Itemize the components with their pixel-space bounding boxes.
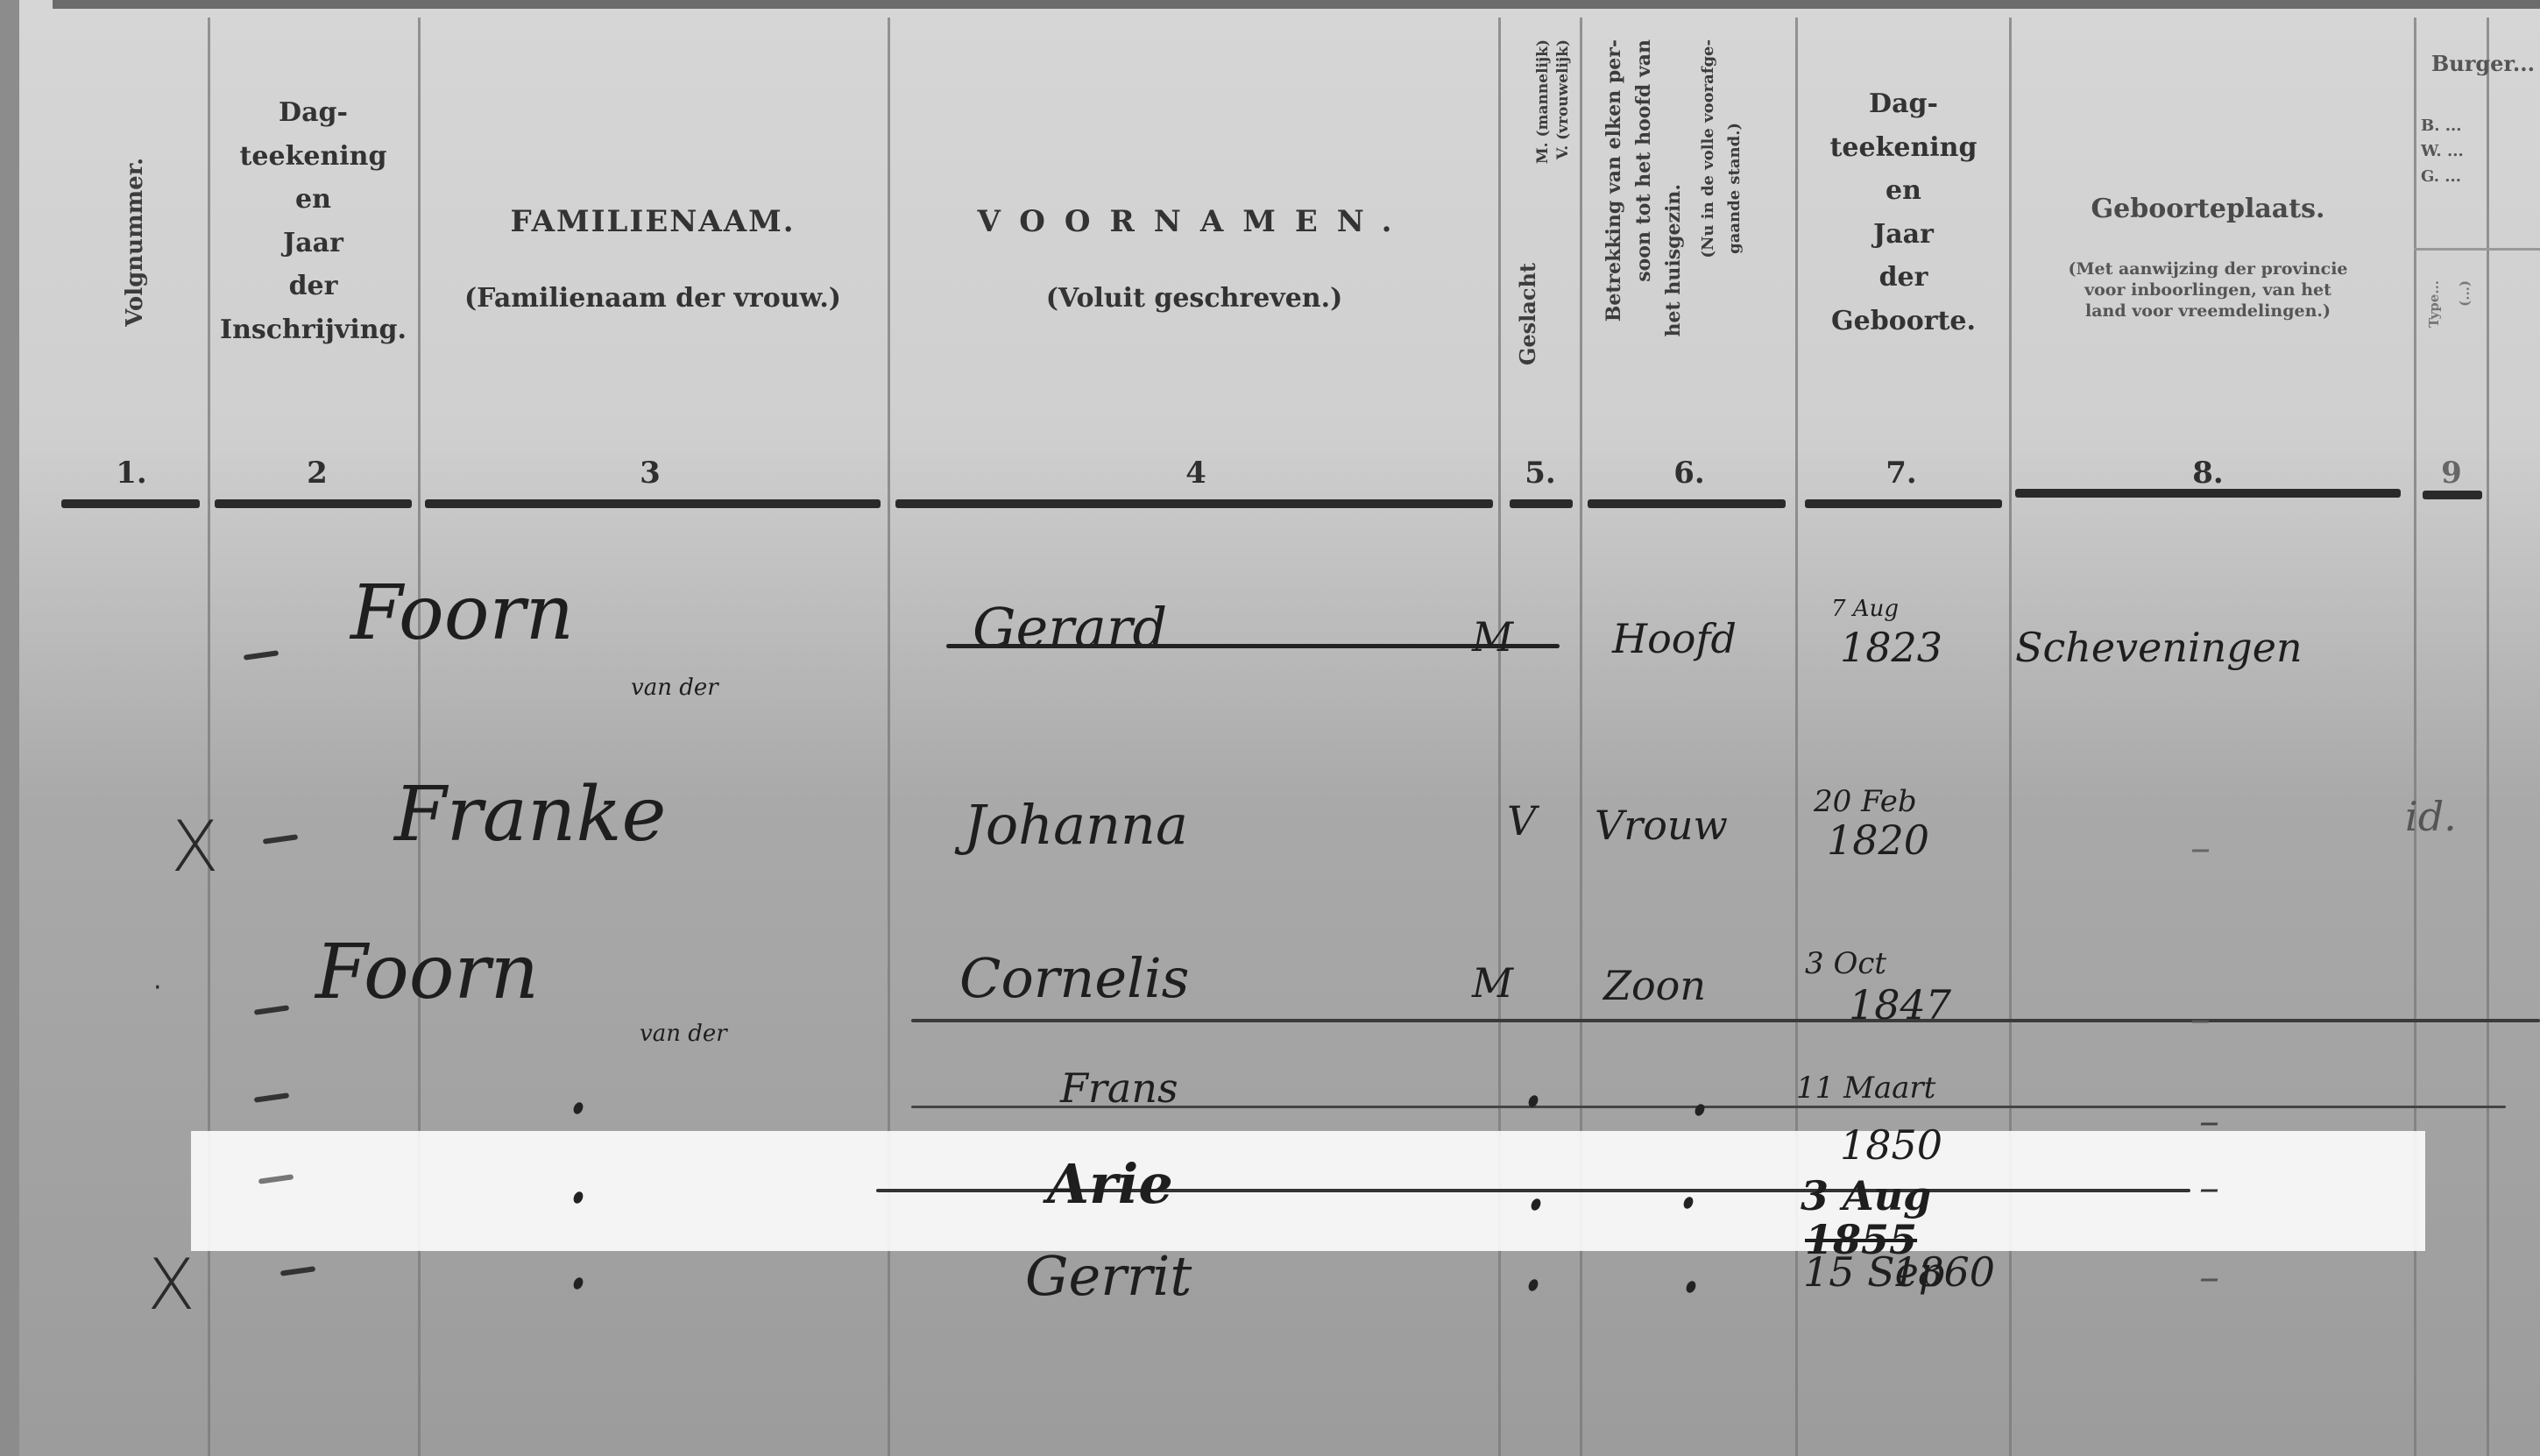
ditto-mark	[572, 1276, 585, 1291]
col5-sub-m: M. (mannelijk)	[1535, 39, 1553, 164]
birth-year: 1850	[1840, 1121, 1942, 1169]
col7-title: Dag- teekening en Jaar der Geboorte.	[1805, 88, 2002, 337]
col5-sub-v: V. (vrouwelijk)	[1555, 39, 1573, 159]
header-rule	[425, 499, 881, 508]
birth-date: 3 Oct	[1805, 946, 1886, 981]
strike-through	[946, 644, 1560, 648]
header-rule	[1805, 499, 2002, 508]
sex: M	[1472, 613, 1513, 661]
col9-vertical-1: Type...	[2427, 280, 2442, 328]
sex: M	[1472, 959, 1513, 1007]
col9-vertical-2: (...)	[2458, 280, 2473, 307]
birth-date: 7 Aug	[1831, 596, 1899, 622]
header-rule	[2423, 491, 2482, 499]
birthplace: Scheveningen	[2015, 624, 2303, 671]
col6-number: 6.	[1663, 456, 1716, 491]
col7-number: 7.	[1875, 456, 1928, 491]
margin-dot: ·	[153, 972, 162, 1003]
given-names: Gerard	[973, 596, 1167, 660]
col2-dash	[280, 1266, 315, 1276]
margin-x-mark: X	[171, 806, 219, 887]
page-edge	[0, 0, 19, 1456]
birthplace: –	[2199, 1097, 2219, 1144]
birth-year: 1860	[1893, 1248, 1995, 1296]
col2-title: Dag- teekening en Jaar der Inschrijving.	[215, 96, 412, 346]
header-rule	[1588, 499, 1786, 508]
col8-title: Geboorteplaats.	[2015, 193, 2401, 226]
header-rule	[215, 499, 412, 508]
col2-dash	[263, 834, 298, 845]
col4-title: VOORNAMEN.	[895, 203, 1493, 241]
top-rule	[53, 0, 2540, 9]
col2-number: 2	[291, 456, 343, 491]
header-rule	[61, 499, 200, 508]
col5-title: Geslacht	[1516, 263, 1540, 365]
birth-year: 1820	[1827, 816, 1929, 864]
col1-number: 1.	[105, 456, 158, 491]
given-names: Frans	[1060, 1064, 1178, 1112]
birthplace: –	[2199, 1253, 2219, 1300]
col9-title: Burger...	[2431, 51, 2540, 77]
header-rule	[1510, 499, 1573, 508]
col9-sub-rule	[2414, 248, 2540, 251]
relation: Zoon	[1603, 962, 1706, 1009]
col9-number: 9	[2425, 456, 2478, 491]
relation: Hoofd	[1612, 615, 1737, 662]
given-names: Arie	[1047, 1152, 1173, 1216]
surname-note: van der	[631, 675, 718, 701]
surname: Foorn	[315, 929, 539, 1016]
ditto-mark	[1527, 1278, 1540, 1293]
birthplace: –	[2199, 1163, 2219, 1211]
col8-number: 8.	[2182, 456, 2234, 491]
col9-value: id.	[2405, 793, 2457, 840]
birthplace: –	[2190, 823, 2211, 871]
col6-line-1: Betrekking van elken per-	[1603, 39, 1625, 322]
col2-dash	[254, 1005, 289, 1015]
ditto-mark	[572, 1101, 585, 1116]
relation: Vrouw	[1595, 802, 1728, 849]
col5-number: 5.	[1514, 456, 1567, 491]
given-names: Cornelis	[959, 946, 1190, 1010]
birthplace: –	[2190, 994, 2211, 1042]
birth-date: 11 Maart	[1796, 1071, 1935, 1106]
col3-number: 3	[624, 456, 676, 491]
col4-subtitle: (Voluit geschreven.)	[895, 282, 1493, 315]
column-divider	[2487, 18, 2489, 1456]
col3-title: FAMILIENAAM.	[425, 203, 881, 241]
col6-line-5: gaande stand.)	[1726, 123, 1744, 254]
register-page: Volgnummer. 1. Dag- teekening en Jaar de…	[0, 0, 2540, 1456]
sex: V	[1507, 797, 1536, 845]
header-rule	[895, 499, 1493, 508]
row-rule	[911, 1019, 2540, 1022]
surname: Franke	[394, 771, 666, 859]
col2-dash	[254, 1092, 289, 1103]
birth-date: 20 Feb	[1814, 784, 1917, 819]
col1-title: Volgnummer.	[123, 158, 149, 327]
col8-subtitle: (Met aanwijzing der provincie voor inboo…	[2015, 259, 2401, 322]
given-names: Johanna	[964, 793, 1188, 857]
surname: Foorn	[350, 569, 574, 657]
col9-sub: B. ... W. ... G. ...	[2421, 114, 2540, 189]
col3-subtitle: (Familienaam der vrouw.)	[425, 282, 881, 315]
margin-x-mark: X	[147, 1244, 195, 1325]
col2-dash	[244, 650, 279, 661]
birth-date: 3 Aug	[1801, 1172, 1931, 1219]
col4-number: 4	[1170, 456, 1222, 491]
col6-line-2: soon tot het hoofd van	[1633, 39, 1655, 282]
birth-year: 1823	[1840, 624, 1942, 671]
col6-line-3: het huisgezin.	[1663, 184, 1685, 336]
given-names: Gerrit	[1025, 1244, 1192, 1308]
surname-note: van der	[640, 1021, 727, 1047]
birth-year: 1847	[1849, 981, 1951, 1028]
col6-line-4: (Nu in de volle voorafge-	[1700, 39, 1718, 258]
ditto-mark	[1685, 1280, 1698, 1295]
